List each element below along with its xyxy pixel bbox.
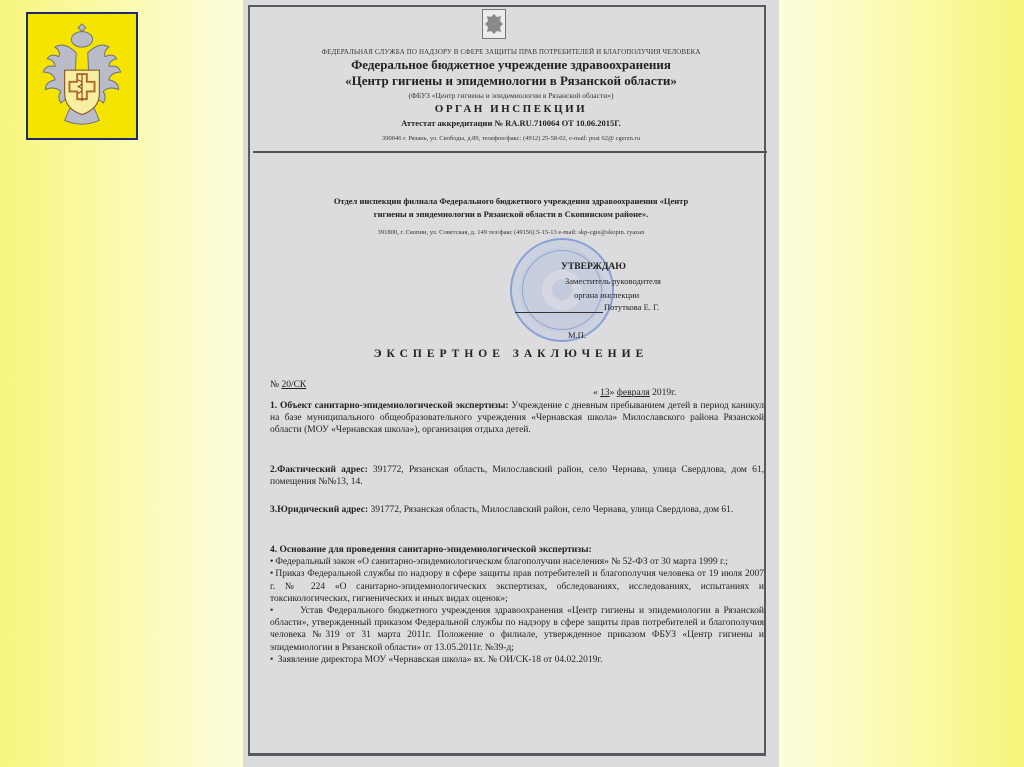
seal-mark: М.П. bbox=[568, 330, 586, 340]
list-item: •Федеральный закон «О санитарно-эпидемио… bbox=[270, 556, 764, 568]
emblem-logo bbox=[26, 12, 138, 140]
branch-address: 391800, г. Скопин, ул. Советская, д. 149… bbox=[243, 229, 779, 236]
section-heading: 2.Фактический адрес: bbox=[270, 465, 368, 475]
list-item-text: Федеральный закон «О санитарно-эпидемиол… bbox=[275, 557, 728, 567]
document-date: « 13» февраля 2019г. bbox=[593, 388, 676, 398]
section-text: 391772, Рязанская область, Милославский … bbox=[368, 505, 733, 515]
branch-name-line1: Отдел инспекции филиала Федерального бюд… bbox=[243, 196, 779, 206]
coat-of-arms-icon bbox=[482, 9, 506, 39]
approval-signatory: Потуткова Е. Г. bbox=[604, 302, 659, 312]
double-headed-eagle-icon bbox=[28, 14, 136, 138]
accreditation-line: Аттестат аккредитации № RA.RU.710064 ОТ … bbox=[243, 118, 779, 128]
section-heading: 1. Объект санитарно-эпидемиологической э… bbox=[270, 401, 509, 411]
date-quote-open: « bbox=[593, 388, 598, 398]
list-item-text: Приказ Федеральной службы по надзору в с… bbox=[270, 569, 764, 603]
section-grounds: 4. Основание для проведения санитарно-эп… bbox=[270, 544, 764, 666]
document-number: № 20/СК bbox=[270, 380, 306, 390]
scanned-document: ФЕДЕРАЛЬНАЯ СЛУЖБА ПО НАДЗОРУ В СФЕРЕ ЗА… bbox=[243, 0, 779, 767]
list-item-text: Устав Федерального бюджетного учреждения… bbox=[270, 606, 766, 653]
section-object: 1. Объект санитарно-эпидемиологической э… bbox=[270, 400, 764, 437]
bullet-icon: • bbox=[270, 557, 273, 567]
organization-short-name: (ФБУЗ «Центр гигиены и эпидемиологии в Р… bbox=[243, 91, 779, 100]
list-item: •Приказ Федеральной службы по надзору в … bbox=[270, 568, 764, 605]
section-heading: 4. Основание для проведения санитарно-эп… bbox=[270, 545, 592, 555]
approval-position-line1: Заместитель руководителя bbox=[565, 276, 661, 286]
header-address: 390046 г. Рязань, ул. Свободы, д.89, тел… bbox=[243, 135, 779, 142]
section-legal-address: 3.Юридический адрес: 391772, Рязанская о… bbox=[270, 504, 764, 516]
list-item-text: Заявление директора МОУ «Чернавская школ… bbox=[278, 655, 603, 665]
signature-line bbox=[515, 312, 603, 313]
date-day: 13 bbox=[600, 388, 610, 398]
section-heading: 3.Юридический адрес: bbox=[270, 505, 368, 515]
organization-name-line1: Федеральное бюджетное учреждение здравоо… bbox=[243, 57, 779, 73]
list-item: • Устав Федерального бюджетного учрежден… bbox=[270, 605, 764, 654]
approval-position-line2: органа инспекции bbox=[574, 290, 639, 300]
date-month: февраля bbox=[617, 388, 650, 398]
approval-heading: УТВЕРЖДАЮ bbox=[561, 262, 626, 272]
branch-name-line2: гигиены и эпидемиологии в Рязанской обла… bbox=[243, 209, 779, 219]
bullet-icon: • bbox=[270, 606, 273, 616]
number-label: № bbox=[270, 380, 279, 390]
header-divider bbox=[253, 151, 767, 153]
list-item: • Заявление директора МОУ «Чернавская шк… bbox=[270, 654, 764, 666]
bullet-icon: • bbox=[270, 569, 273, 579]
bullet-icon: • bbox=[270, 655, 273, 665]
document-title: ЭКСПЕРТНОЕ ЗАКЛЮЧЕНИЕ bbox=[243, 348, 779, 360]
section-actual-address: 2.Фактический адрес: 391772, Рязанская о… bbox=[270, 464, 764, 488]
number-value: 20/СК bbox=[281, 380, 306, 390]
service-name: ФЕДЕРАЛЬНАЯ СЛУЖБА ПО НАДЗОРУ В СФЕРЕ ЗА… bbox=[243, 48, 779, 56]
date-quote-close: » bbox=[610, 388, 615, 398]
inspection-body-title: ОРГАН ИНСПЕКЦИИ bbox=[243, 103, 779, 115]
organization-name-line2: «Центр гигиены и эпидемиологии в Рязанск… bbox=[243, 73, 779, 89]
date-year: 2019г. bbox=[652, 388, 676, 398]
